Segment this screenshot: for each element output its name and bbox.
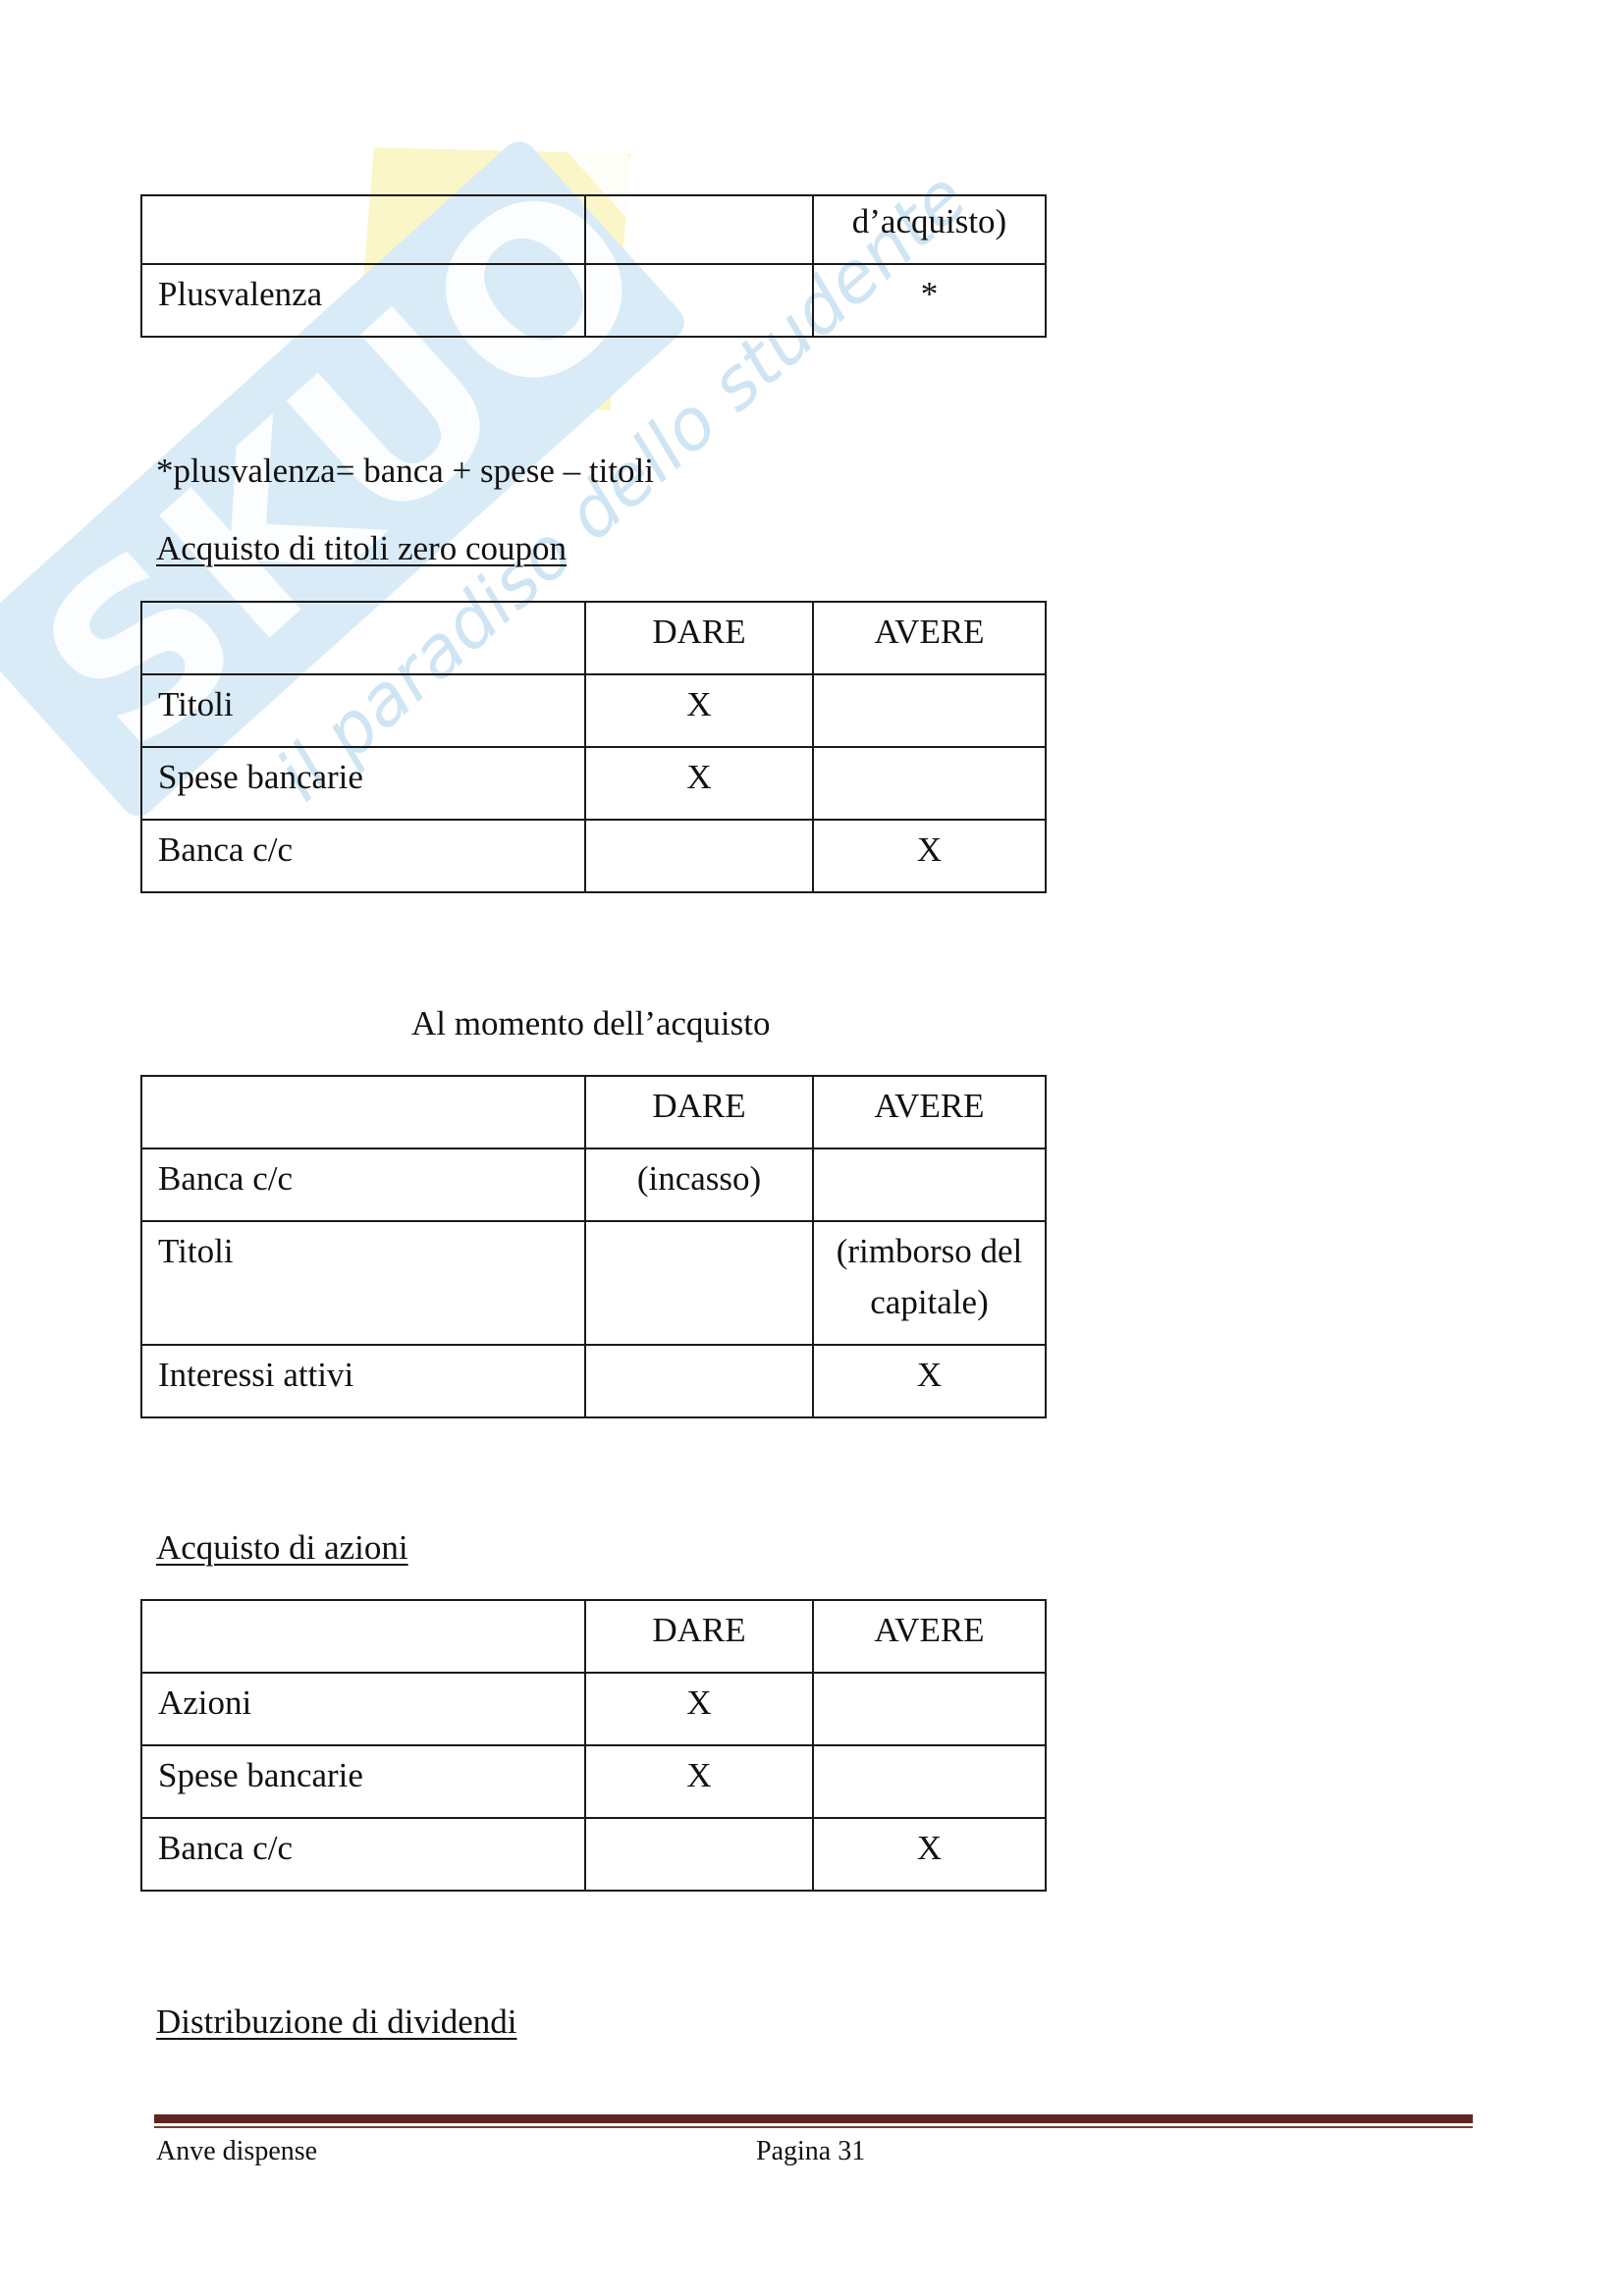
- header-avere: AVERE: [813, 1076, 1046, 1148]
- section-heading-dividendi: Distribuzione di dividendi: [156, 2004, 516, 2039]
- dare-cell: [585, 1345, 813, 1417]
- account-cell: Plusvalenza: [141, 264, 585, 337]
- table-row: Azioni X: [141, 1673, 1046, 1745]
- plusvalenza-table: d’acquisto) Plusvalenza *: [140, 194, 1047, 338]
- header-account: [141, 1600, 585, 1673]
- dare-cell: X: [585, 1673, 813, 1745]
- avere-cell: [813, 747, 1046, 820]
- avere-cell: d’acquisto): [813, 195, 1046, 264]
- plusvalenza-formula: *plusvalenza= banca + spese – titoli: [156, 454, 654, 488]
- dare-cell: [585, 195, 813, 264]
- table-row: Banca c/c X: [141, 820, 1046, 892]
- account-cell: [141, 195, 585, 264]
- dare-cell: [585, 1221, 813, 1345]
- account-cell: Interessi attivi: [141, 1345, 585, 1417]
- avere-cell: [813, 674, 1046, 747]
- table-header-row: DARE AVERE: [141, 602, 1046, 674]
- avere-cell: [813, 1148, 1046, 1221]
- section-heading-zero-coupon: Acquisto di titoli zero coupon: [156, 531, 567, 565]
- dare-cell: X: [585, 674, 813, 747]
- account-cell: Titoli: [141, 674, 585, 747]
- section-heading-azioni: Acquisto di azioni: [156, 1530, 408, 1565]
- footer-rule-thick: [154, 2114, 1473, 2123]
- header-account: [141, 1076, 585, 1148]
- header-dare: DARE: [585, 602, 813, 674]
- avere-cell: [813, 1745, 1046, 1818]
- dare-cell: [585, 264, 813, 337]
- dare-cell: [585, 820, 813, 892]
- footer-page-number: Pagina 31: [756, 2136, 865, 2167]
- momento-acquisto-table: DARE AVERE Banca c/c (incasso) Titoli (r…: [140, 1075, 1047, 1418]
- azioni-table: DARE AVERE Azioni X Spese bancarie X Ban…: [140, 1599, 1047, 1892]
- avere-cell: [813, 1673, 1046, 1745]
- account-cell: Spese bancarie: [141, 1745, 585, 1818]
- avere-cell: (rimborso del capitale): [813, 1221, 1046, 1345]
- table-row: Spese bancarie X: [141, 747, 1046, 820]
- account-cell: Banca c/c: [141, 1818, 585, 1891]
- header-account: [141, 602, 585, 674]
- account-cell: Azioni: [141, 1673, 585, 1745]
- table-row: d’acquisto): [141, 195, 1046, 264]
- dare-cell: X: [585, 747, 813, 820]
- table-row: Banca c/c X: [141, 1818, 1046, 1891]
- table-row: Banca c/c (incasso): [141, 1148, 1046, 1221]
- avere-cell: X: [813, 820, 1046, 892]
- account-cell: Spese bancarie: [141, 747, 585, 820]
- table-header-row: DARE AVERE: [141, 1076, 1046, 1148]
- account-cell: Titoli: [141, 1221, 585, 1345]
- avere-cell: X: [813, 1345, 1046, 1417]
- avere-cell: X: [813, 1818, 1046, 1891]
- account-cell: Banca c/c: [141, 1148, 585, 1221]
- header-dare: DARE: [585, 1076, 813, 1148]
- table-row: Titoli X: [141, 674, 1046, 747]
- table-header-row: DARE AVERE: [141, 1600, 1046, 1673]
- header-avere: AVERE: [813, 1600, 1046, 1673]
- dare-cell: X: [585, 1745, 813, 1818]
- footer-document-name: Anve dispense: [156, 2136, 317, 2167]
- header-dare: DARE: [585, 1600, 813, 1673]
- avere-cell: *: [813, 264, 1046, 337]
- section-heading-momento: Al momento dell’acquisto: [411, 1006, 770, 1041]
- table-row: Plusvalenza *: [141, 264, 1046, 337]
- footer-rule-thin: [154, 2126, 1473, 2128]
- table-row: Spese bancarie X: [141, 1745, 1046, 1818]
- zero-coupon-table: DARE AVERE Titoli X Spese bancarie X Ban…: [140, 601, 1047, 893]
- table-row: Titoli (rimborso del capitale): [141, 1221, 1046, 1345]
- header-avere: AVERE: [813, 602, 1046, 674]
- dare-cell: (incasso): [585, 1148, 813, 1221]
- account-cell: Banca c/c: [141, 820, 585, 892]
- dare-cell: [585, 1818, 813, 1891]
- table-row: Interessi attivi X: [141, 1345, 1046, 1417]
